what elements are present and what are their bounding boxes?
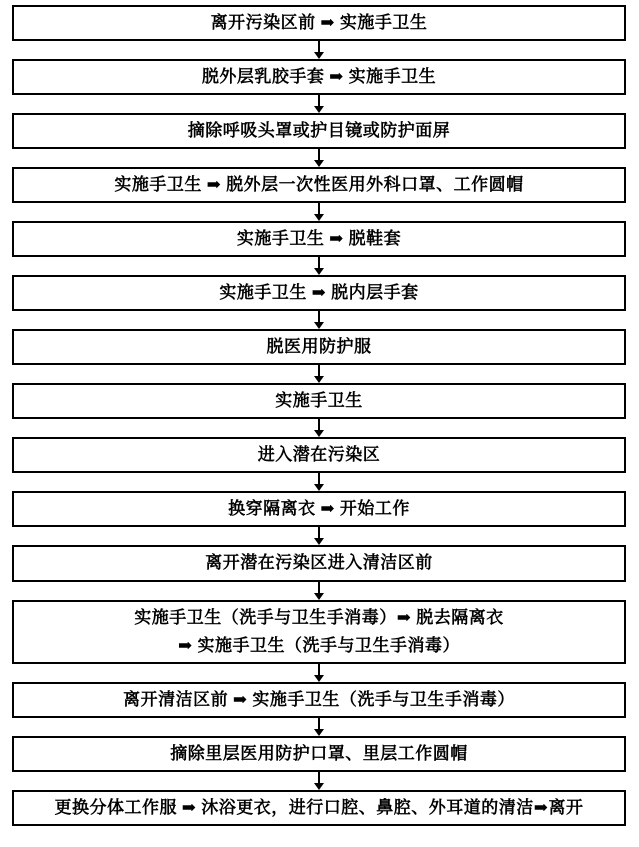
down-arrow-icon [12, 365, 626, 383]
down-arrow-icon [12, 664, 626, 682]
flow-step-label: 离开清洁区前 ➡ 实施手卫生（洗手与卫生手消毒） [123, 686, 515, 714]
flow-step: 离开污染区前 ➡ 实施手卫生 [12, 5, 626, 41]
flow-step-label: 实施手卫生（洗手与卫生手消毒）➡ 脱去隔离衣 ➡ 实施手卫生（洗手与卫生手消毒） [134, 604, 504, 660]
flow-step-label: 脱医用防护服 [267, 333, 372, 361]
flow-step-label: 脱外层乳胶手套 ➡ 实施手卫生 [202, 63, 436, 91]
down-arrow-icon [12, 419, 626, 437]
down-arrow-icon [12, 527, 626, 545]
flow-step-label: 换穿隔离衣 ➡ 开始工作 [228, 495, 410, 523]
down-arrow-icon [12, 203, 626, 221]
flow-step: 摘除里层医用防护口罩、里层工作圆帽 [12, 736, 626, 772]
flow-step-label: 实施手卫生 [275, 387, 363, 415]
flow-step-label: 实施手卫生 ➡ 脱鞋套 [237, 225, 401, 253]
down-arrow-icon [12, 41, 626, 59]
flow-step: 离开清洁区前 ➡ 实施手卫生（洗手与卫生手消毒） [12, 682, 626, 718]
flow-step-label: 更换分体工作服 ➡ 沐浴更衣，进行口腔、鼻腔、外耳道的清洁➡离开 [55, 794, 584, 822]
flow-step: 实施手卫生 [12, 383, 626, 419]
down-arrow-icon [12, 582, 626, 600]
flow-step: 摘除呼吸头罩或护目镜或防护面屏 [12, 113, 626, 149]
down-arrow-icon [12, 149, 626, 167]
flow-step: 脱外层乳胶手套 ➡ 实施手卫生 [12, 59, 626, 95]
down-arrow-icon [12, 95, 626, 113]
flow-step: 实施手卫生（洗手与卫生手消毒）➡ 脱去隔离衣 ➡ 实施手卫生（洗手与卫生手消毒） [12, 600, 626, 664]
down-arrow-icon [12, 718, 626, 736]
down-arrow-icon [12, 473, 626, 491]
flow-step: 进入潜在污染区 [12, 437, 626, 473]
flow-step-label: 实施手卫生 ➡ 脱外层一次性医用外科口罩、工作圆帽 [114, 171, 523, 199]
flow-step: 实施手卫生 ➡ 脱外层一次性医用外科口罩、工作圆帽 [12, 167, 626, 203]
flow-step: 实施手卫生 ➡ 脱内层手套 [12, 275, 626, 311]
flow-step-label: 摘除呼吸头罩或护目镜或防护面屏 [188, 117, 451, 145]
flow-step: 脱医用防护服 [12, 329, 626, 365]
flow-step: 换穿隔离衣 ➡ 开始工作 [12, 491, 626, 527]
down-arrow-icon [12, 311, 626, 329]
flow-step-label: 摘除里层医用防护口罩、里层工作圆帽 [170, 740, 468, 768]
flow-step-label: 进入潜在污染区 [258, 441, 381, 469]
flowchart: 离开污染区前 ➡ 实施手卫生 脱外层乳胶手套 ➡ 实施手卫生 摘除呼吸头罩或护目… [0, 0, 639, 840]
down-arrow-icon [12, 772, 626, 790]
flow-step: 更换分体工作服 ➡ 沐浴更衣，进行口腔、鼻腔、外耳道的清洁➡离开 [12, 790, 626, 826]
flow-step-label: 离开污染区前 ➡ 实施手卫生 [211, 9, 428, 37]
flow-step-label: 实施手卫生 ➡ 脱内层手套 [219, 279, 418, 307]
down-arrow-icon [12, 257, 626, 275]
flow-step: 实施手卫生 ➡ 脱鞋套 [12, 221, 626, 257]
flow-step: 离开潜在污染区进入清洁区前 [12, 545, 626, 581]
flow-step-label: 离开潜在污染区进入清洁区前 [205, 549, 433, 577]
